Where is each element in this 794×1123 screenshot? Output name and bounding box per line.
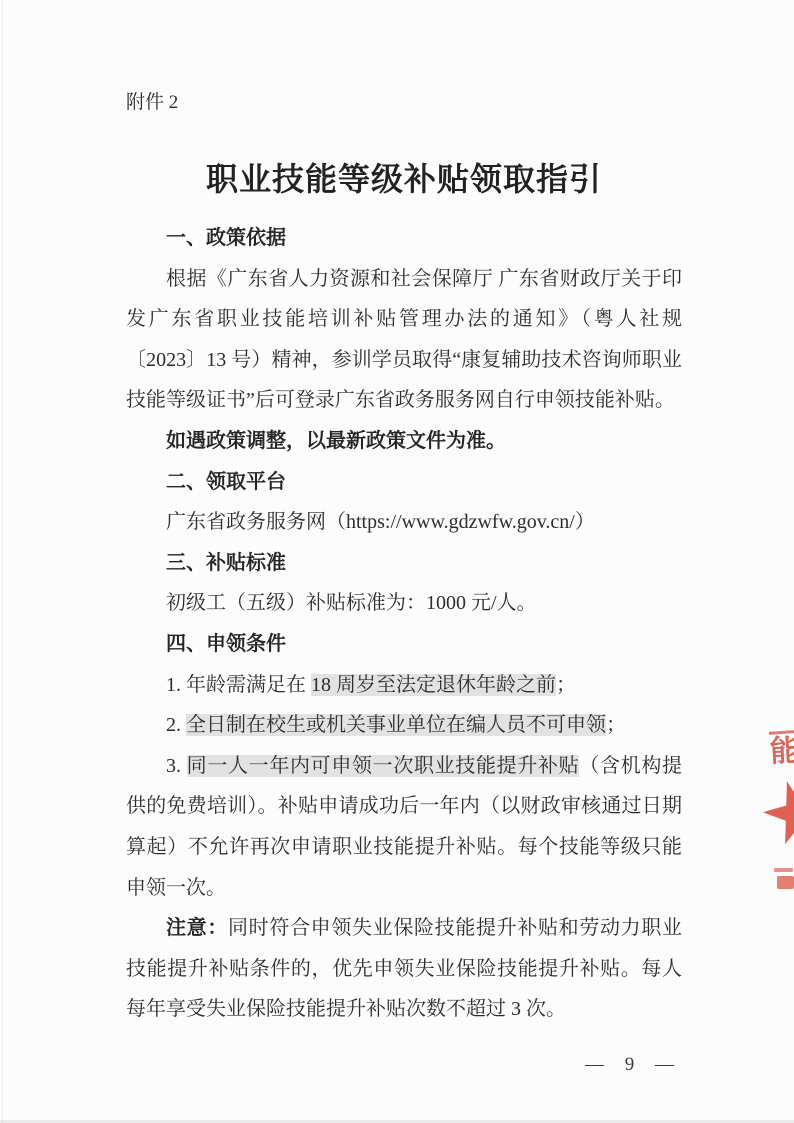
paragraph: 3. 同一人一年内可申领一次职业技能提升补贴（含机构提供的免费培训）。补贴申请成… xyxy=(126,746,682,908)
paragraph: 广东省政务服务网（https://www.gdzwfw.gov.cn/） xyxy=(126,502,682,543)
page-title: 职业技能等级补贴领取指引 xyxy=(126,158,682,200)
stamp-text-fragment xyxy=(777,876,794,889)
section-heading: 一、政策依据 xyxy=(126,218,682,259)
document-page: 附件 2 职业技能等级补贴领取指引 一、政策依据根据《广东省人力资源和社会保障厅… xyxy=(0,0,794,1123)
text-run: 1. 年龄需满足在 xyxy=(166,674,311,696)
text-run: ； xyxy=(606,714,626,736)
text-run: 三、补贴标准 xyxy=(166,552,286,574)
bold-text: 如遇政策调整，以最新政策文件为准。 xyxy=(166,430,506,452)
stamp-border-line xyxy=(769,730,794,735)
paragraph: 根据《广东省人力资源和社会保障厅 广东省财政厅关于印发广东省职业技能培训补贴管理… xyxy=(126,259,682,421)
section-heading: 四、申领条件 xyxy=(126,624,682,665)
text-run: 一、政策依据 xyxy=(166,227,286,249)
paragraph: 2. 全日制在校生或机关事业单位在编人员不可申领； xyxy=(126,705,682,746)
text-run: 2. xyxy=(166,714,186,736)
attachment-label: 附件 2 xyxy=(126,90,682,116)
text-run: 广东省政务服务网（https://www.gdzwfw.gov.cn/） xyxy=(166,511,595,533)
section-heading: 三、补贴标准 xyxy=(126,543,682,584)
highlighted-text: 18 周岁至法定退休年龄之前 xyxy=(311,674,556,696)
scan-edge-artifact xyxy=(2,0,3,1123)
stamp-text-fragment xyxy=(774,868,793,872)
text-run: 根据《广东省人力资源和社会保障厅 广东省财政厅关于印发广东省职业技能培训补贴管理… xyxy=(126,268,682,412)
paragraph: 初级工（五级）补贴标准为：1000 元/人。 xyxy=(126,583,682,624)
bold-text: 注意： xyxy=(166,917,228,939)
highlighted-text: 同一人一年内可申领一次职业技能提升补贴 xyxy=(187,755,580,777)
paragraph: 1. 年龄需满足在 18 周岁至法定退休年龄之前； xyxy=(126,665,682,706)
text-run: 二、领取平台 xyxy=(166,471,286,493)
section-heading: 二、领取平台 xyxy=(126,462,682,503)
text-run: 初级工（五级）补贴标准为：1000 元/人。 xyxy=(166,592,537,614)
highlighted-text: 全日制在校生或机关事业单位在编人员不可申领 xyxy=(186,714,606,736)
paragraph: 注意：同时符合申领失业保险技能提升补贴和劳动力职业技能提升补贴条件的，优先申领失… xyxy=(126,908,682,1030)
paragraph: 如遇政策调整，以最新政策文件为准。 xyxy=(126,421,682,462)
text-run: 四、申领条件 xyxy=(166,633,286,655)
text-run: ； xyxy=(556,674,576,696)
stamp-character: 能 xyxy=(769,734,794,769)
stamp-star-icon xyxy=(755,772,794,854)
red-seal-stamp-fragment: 能 xyxy=(750,726,794,906)
page-number: — 9 — xyxy=(585,1054,676,1076)
document-body: 一、政策依据根据《广东省人力资源和社会保障厅 广东省财政厅关于印发广东省职业技能… xyxy=(126,218,682,1030)
text-run: 3. xyxy=(166,755,187,777)
